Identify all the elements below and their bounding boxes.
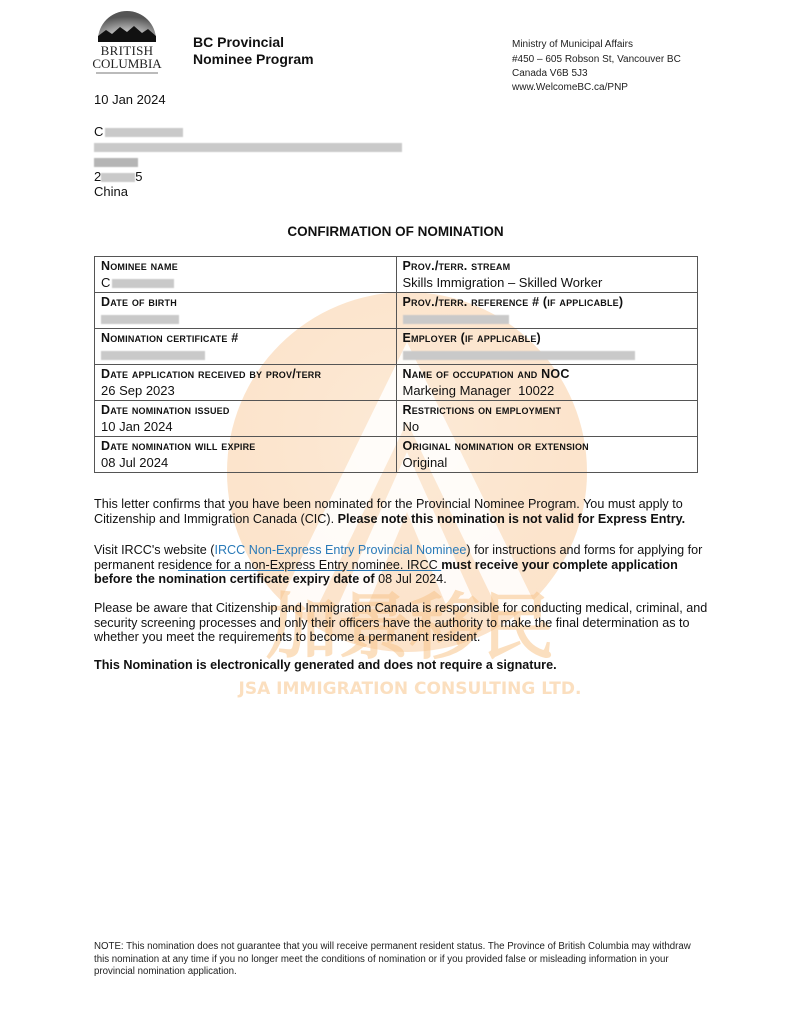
field-label: Name of occupation and NOC [403,366,692,382]
field-value [403,310,692,327]
program-title: BC Provincial Nominee Program [193,34,314,68]
table-row: Date of birth Prov./terr. reference # (i… [95,293,698,329]
table-row: Nomination certificate # Employer (if ap… [95,329,698,365]
redacted-value [403,315,509,324]
field-certificate-number: Nomination certificate # [95,329,397,365]
paragraph-ircc-instructions: Visit IRCC's website (IRCC Non-Express E… [94,543,710,587]
recipient-street [94,139,402,154]
field-label: Prov./terr. stream [403,258,692,274]
field-label: Employer (if applicable) [403,330,692,346]
redacted-value [112,279,174,288]
postal-suffix: 5 [135,169,142,184]
program-title-line1: BC Provincial [193,34,314,51]
ministry-name: Ministry of Municipal Affairs [512,38,681,52]
redacted-name [105,128,183,137]
field-label: Date nomination will expire [101,438,390,454]
field-value-visible: C [101,275,110,290]
table-row: Date nomination will expire 08 Jul 2024 … [95,437,698,473]
field-value [101,346,390,363]
redacted-value [101,351,205,360]
paragraph-text: Visit IRCC's website ( [94,543,214,557]
table-row: Date nomination issued 10 Jan 2024 Restr… [95,401,698,437]
field-label: Nomination certificate # [101,330,390,346]
express-entry-warning: Please note this nomination is not valid… [338,512,686,526]
field-value: 10 Jan 2024 [101,418,390,435]
field-employer: Employer (if applicable) [396,329,698,365]
field-date-of-birth: Date of birth [95,293,397,329]
field-date-expire: Date nomination will expire 08 Jul 2024 [95,437,397,473]
paragraph-text-underlined: dence for a non-Express Entry nominee. I… [178,558,441,572]
table-row: Nominee name C Prov./terr. stream Skills… [95,257,698,293]
ministry-address-block: Ministry of Municipal Affairs #450 – 605… [512,38,681,95]
field-label: Date nomination issued [101,402,390,418]
paragraph-text: 08 Jul 2024. [375,572,447,586]
field-value: Skills Immigration – Skilled Worker [403,274,692,291]
field-original-or-extension: Original nomination or extension Origina… [396,437,698,473]
recipient-postal: 25 [94,169,402,184]
recipient-country: China [94,184,402,199]
bc-logo: BRITISH COLUMBIA [88,6,166,74]
field-value: C [101,274,390,291]
paragraph-electronic-signature: This Nomination is electronically genera… [94,658,710,673]
recipient-address: C 25 China [94,124,402,199]
bc-sun-mountains-icon [88,6,166,44]
field-value: 26 Sep 2023 [101,382,390,399]
postal-prefix: 2 [94,169,101,184]
ministry-website: www.WelcomeBC.ca/PNP [512,81,681,95]
logo-rule [96,72,158,74]
nomination-details-table: Nominee name C Prov./terr. stream Skills… [94,256,698,473]
table-row: Date application received by prov/terr 2… [95,365,698,401]
document-title: CONFIRMATION OF NOMINATION [0,224,791,239]
letter-date: 10 Jan 2024 [94,92,166,107]
recipient-name: C [94,124,402,139]
redacted-value [403,351,635,360]
logo-text-columbia: COLUMBIA [88,57,166,70]
paragraph-confirmation: This letter confirms that you have been … [94,497,710,526]
field-restrictions: Restrictions on employment No [396,401,698,437]
program-title-line2: Nominee Program [193,51,314,68]
redacted-value [101,315,179,324]
field-label: Nominee name [101,258,390,274]
field-nominee-name: Nominee name C [95,257,397,293]
ministry-address2: Canada V6B 5J3 [512,67,681,81]
recipient-city [94,154,402,169]
field-label: Original nomination or extension [403,438,692,454]
field-value [101,310,390,327]
redacted-postal [101,173,135,182]
field-reference-number: Prov./terr. reference # (if applicable) [396,293,698,329]
footer-note: NOTE: This nomination does not guarantee… [94,941,704,979]
field-value: Markeing Manager 10022 [403,382,692,399]
field-date-received: Date application received by prov/terr 2… [95,365,397,401]
field-value: No [403,418,692,435]
field-stream: Prov./terr. stream Skills Immigration – … [396,257,698,293]
field-value: Original [403,454,692,471]
nomination-letter: BRITISH COLUMBIA BC Provincial Nominee P… [0,0,791,1024]
redacted-city [94,158,138,167]
ministry-address1: #450 – 605 Robson St, Vancouver BC [512,53,681,67]
field-label: Restrictions on employment [403,402,692,418]
field-date-issued: Date nomination issued 10 Jan 2024 [95,401,397,437]
ircc-link[interactable]: IRCC Non-Express Entry Provincial Nomine… [214,543,466,557]
field-value: 08 Jul 2024 [101,454,390,471]
paragraph-screening: Please be aware that Citizenship and Imm… [94,601,710,645]
field-label: Prov./terr. reference # (if applicable) [403,294,692,310]
field-label: Date of birth [101,294,390,310]
recipient-name-initial: C [94,124,103,139]
field-occupation-noc: Name of occupation and NOC Markeing Mana… [396,365,698,401]
field-value [403,346,692,363]
field-label: Date application received by prov/terr [101,366,390,382]
redacted-street [94,143,402,152]
